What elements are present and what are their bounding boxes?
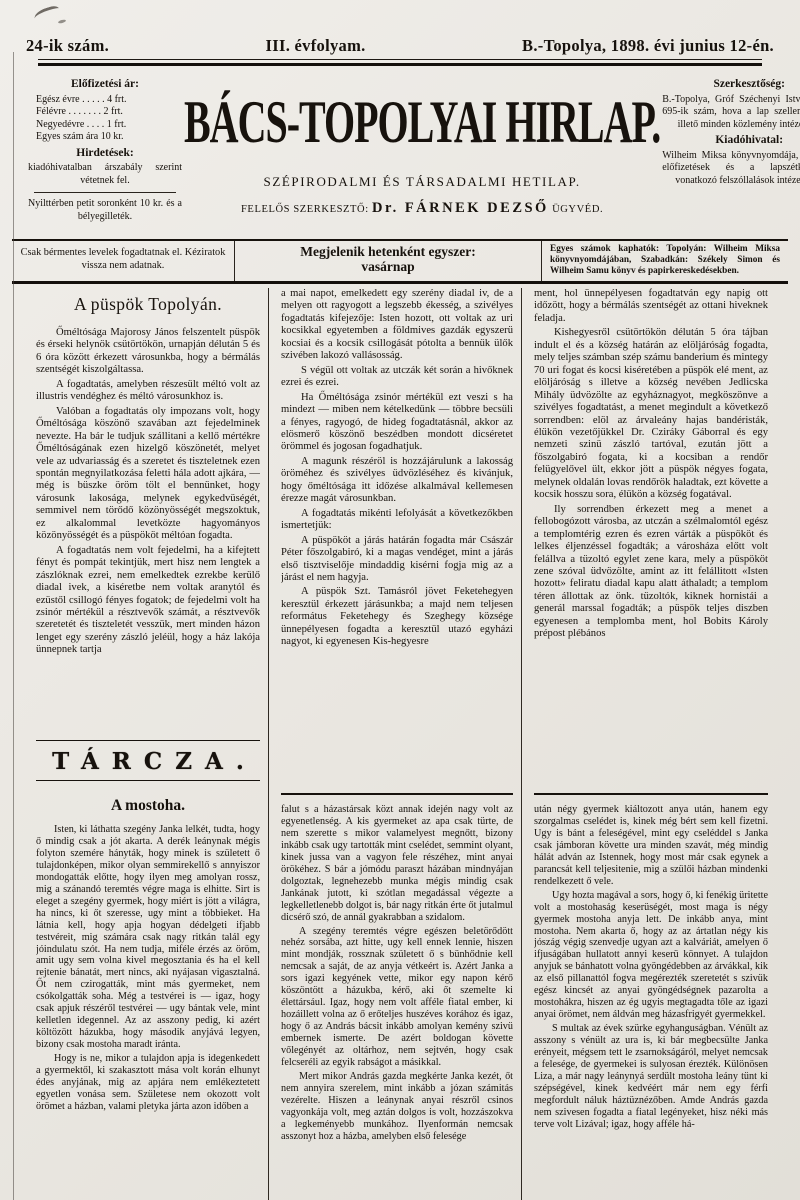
price-line: Félévre . . . . . . . 2 frt.: [36, 106, 184, 119]
feuilleton-col1-text: Isten, ki láthatta szegény Janka lelkét,…: [36, 824, 260, 1113]
publisher-text: Wilheim Miksa könyvnyomdája, hova az elő…: [660, 150, 800, 188]
story-title: A mostoha.: [36, 797, 260, 815]
volume-number: III. évfolyam.: [266, 36, 366, 56]
article-paragraph: A fogadtatás nem volt fejedelmi, ha a ki…: [36, 545, 260, 657]
story-paragraph: Isten, ki láthatta szegény Janka lelkét,…: [36, 824, 260, 1051]
article-paragraph: Valóban a fogadtatás oly impozans volt, …: [36, 406, 260, 543]
article-col3-text: ment, hol ünnepélyesen fogadtatván egy n…: [534, 288, 768, 641]
editorial-office-title: Szerkesztőség:: [660, 78, 800, 91]
article-paragraph: S végül ott voltak az utczák két során a…: [281, 365, 513, 390]
editor-prefix: FELELŐS SZERKESZTŐ:: [241, 204, 372, 215]
column-2: a mai napot, emelkedett egy szerény diad…: [268, 288, 521, 1200]
open-column-text: Nyilttérben petit soronként 10 kr. és a …: [26, 198, 184, 223]
story-paragraph: után négy gyermek kiáltozott anya után, …: [534, 804, 768, 888]
dateline-strip: 24-ik szám. III. évfolyam. B.-Topolya, 1…: [0, 0, 800, 69]
feuilleton-col3-text: után négy gyermek kiáltozott anya után, …: [534, 804, 768, 1131]
place-and-date: B.-Topolya, 1898. évi junius 12-én.: [522, 36, 774, 56]
dateline-double-rule: [38, 59, 762, 66]
feuilleton-bottom-rule: [36, 780, 260, 781]
price-line: Negyedévre . . . . 1 frt.: [36, 119, 184, 132]
article-paragraph: Kishegyesről csütörtökön délután 5 óra t…: [534, 327, 768, 501]
article-paragraph: ment, hol ünnepélyesen fogadtatván egy n…: [534, 288, 768, 325]
masthead-center: BÁCS-TOPOLYAI HIRLAP. SZÉPIRODALMI ÉS TÁ…: [184, 75, 660, 233]
office-box: Szerkesztőség: B.-Topolya, Gróf Szécheny…: [660, 75, 800, 233]
editor-suffix: ÜGYVÉD.: [549, 204, 603, 215]
subscription-price-list: Egész évre . . . . . 4 frt.Félévre . . .…: [26, 94, 184, 144]
ads-title: Hirdetések:: [26, 147, 184, 160]
notice-row: Csak bérmentes levelek fogadtatnak el. K…: [12, 239, 788, 284]
story-paragraph: falut s a házastársak közt annak idején …: [281, 804, 513, 924]
feuilleton-separator-col2: [281, 793, 513, 795]
sales-points-notice: Egyes számok kaphatók: Topolyán: Wilheim…: [542, 241, 788, 281]
editorial-office-text: B.-Topolya, Gróf Széchenyi István utcza …: [660, 94, 800, 132]
column-3: ment, hol ünnepélyesen fogadtatván egy n…: [521, 288, 776, 1200]
manuscript-notice: Csak bérmentes levelek fogadtatnak el. K…: [12, 241, 234, 281]
article-paragraph: A fogadtatás, amelyben részesült méltó v…: [36, 379, 260, 404]
newspaper-subtitle: SZÉPIRODALMI ÉS TÁRSADALMI HETILAP.: [184, 174, 660, 190]
article-col1-text: Őméltósága Majorosy János felszentelt pü…: [36, 327, 260, 657]
newspaper-page: 24-ik szám. III. évfolyam. B.-Topolya, 1…: [0, 0, 800, 1200]
editor-line: FELELŐS SZERKESZTŐ: Dr. FÁRNEK DEZSŐ ÜGY…: [184, 200, 660, 217]
article-paragraph: Őméltósága Majorosy János felszentelt pü…: [36, 327, 260, 377]
article-paragraph: a mai napot, emelkedett egy szerény diad…: [281, 288, 513, 363]
feuilleton-col2: falut s a házastársak közt annak idején …: [281, 804, 513, 1200]
article-col1: A püspök Topolyán. Őméltósága Majorosy J…: [36, 288, 260, 736]
ads-text: kiadóhivatalban árszabály szerint vétetn…: [26, 162, 184, 187]
feuilleton-col3: után négy gyermek kiáltozott anya után, …: [534, 804, 768, 1200]
publication-frequency: Megjelenik hetenként egyszer: vasárnap: [234, 241, 542, 281]
frequency-line2: vasárnap: [243, 259, 533, 274]
article-paragraph: A magunk részéröl is hozzájárulunk a lak…: [281, 456, 513, 506]
page-body: A püspök Topolyán. Őméltósága Majorosy J…: [0, 284, 800, 1200]
article-paragraph: A püspök Szt. Tamásról jövet Feketehegye…: [281, 586, 513, 648]
issue-number: 24-ik szám.: [26, 36, 109, 56]
article-col2: a mai napot, emelkedett egy szerény diad…: [281, 288, 513, 785]
story-paragraph: Mert mikor András gazda megkérte Janka k…: [281, 1071, 513, 1143]
frequency-line1: Megjelenik hetenként egyszer:: [243, 244, 533, 259]
article-paragraph: Ha Őméltósága zsinór mértékül ezt veszi …: [281, 392, 513, 454]
column-1: A püspök Topolyán. Őméltósága Majorosy J…: [28, 288, 268, 1200]
newspaper-title: BÁCS-TOPOLYAI HIRLAP.: [184, 87, 660, 158]
article-paragraph: A fogadtatás mikénti lefolyását a követk…: [281, 508, 513, 533]
story-paragraph: Hogy is ne, mikor a tulajdon apja is ide…: [36, 1053, 260, 1113]
feuilleton-col1: A mostoha. Isten, ki láthatta szegény Ja…: [36, 787, 260, 1200]
article-col2-text: a mai napot, emelkedett egy szerény diad…: [281, 288, 513, 649]
story-paragraph: S multak az évek szürke egyhanguságban. …: [534, 1023, 768, 1131]
publisher-title: Kiadóhivatal:: [660, 134, 800, 147]
subscription-title: Előfizetési ár:: [26, 78, 184, 91]
masthead: Előfizetési ár: Egész évre . . . . . 4 f…: [0, 69, 800, 233]
scan-edge-line: [13, 52, 14, 1200]
price-line: Egész évre . . . . . 4 frt.: [36, 94, 184, 107]
article-headline: A püspök Topolyán.: [36, 294, 260, 315]
feuilleton-header: TÁRCZA.: [36, 748, 260, 775]
story-paragraph: A szegény teremtés végre egészen beletör…: [281, 926, 513, 1069]
subscription-box: Előfizetési ár: Egész évre . . . . . 4 f…: [26, 75, 184, 233]
masthead-left-rule: [34, 192, 176, 193]
article-col3: ment, hol ünnepélyesen fogadtatván egy n…: [534, 288, 768, 785]
editor-name: Dr. FÁRNEK DEZSŐ: [372, 200, 549, 216]
story-paragraph: Ugy hozta magával a sors, hogy ő, ki fen…: [534, 890, 768, 1021]
price-line: Egyes szám ára 10 kr.: [36, 131, 184, 144]
dateline-row: 24-ik szám. III. évfolyam. B.-Topolya, 1…: [26, 36, 774, 56]
feuilleton-col2-text: falut s a házastársak közt annak idején …: [281, 804, 513, 1143]
article-paragraph: A püspököt a járás határán fogadta már C…: [281, 535, 513, 585]
article-paragraph: Ily sorrendben érkezett meg a menet a fe…: [534, 504, 768, 641]
feuilleton-top-rule: [36, 740, 260, 741]
feuilleton-separator-col3: [534, 793, 768, 795]
